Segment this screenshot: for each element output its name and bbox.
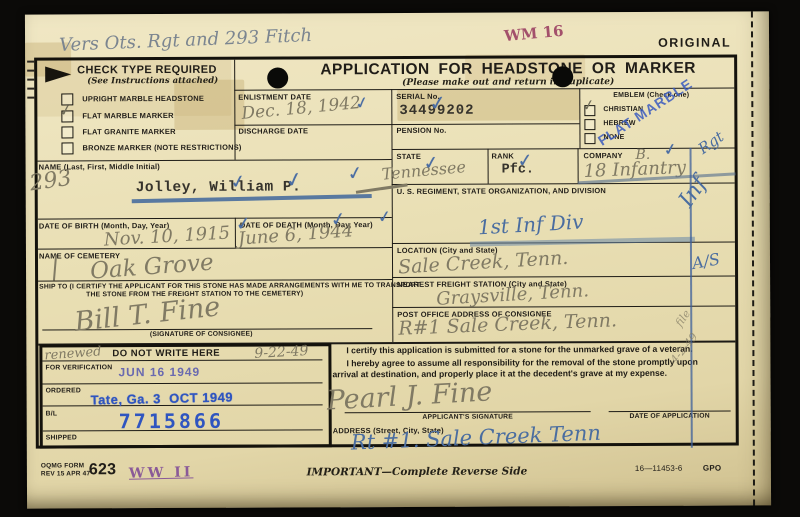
pension-no-label: PENSION No. xyxy=(396,126,446,135)
form-number: 623 xyxy=(89,461,116,479)
scanned-document-stage: Vers Ots. Rgt and 293 Fitch WM 16 ORIGIN… xyxy=(0,0,800,517)
discharge-date-label: DISCHARGE DATE xyxy=(238,126,308,135)
edge-tick xyxy=(27,79,34,81)
check-mark-icon: ✓ xyxy=(234,213,252,236)
applicant-signature-label: APPLICANT'S SIGNATURE xyxy=(345,413,591,421)
form-name: OQMG FORM xyxy=(41,462,84,469)
state-label: STATE xyxy=(397,152,422,161)
for-verification-label: FOR VERIFICATION xyxy=(45,364,112,371)
form-revision: REV 15 APR 47 xyxy=(41,470,90,477)
grid-line xyxy=(578,148,579,183)
bl-number-stamp: 7715866 xyxy=(119,409,224,433)
ordered-label: ORDERED xyxy=(46,387,81,394)
check-mark-icon: ✓ xyxy=(377,206,393,227)
veteran-name-value: Jolley, William P. xyxy=(136,179,302,196)
original-label: ORIGINAL xyxy=(658,36,731,50)
ordered-date-stamp: Tate, Ga. 3 OCT 1949 xyxy=(90,389,233,407)
checkbox-hebrew: ✓ xyxy=(584,119,595,130)
verification-date-stamp: JUN 16 1949 xyxy=(118,365,200,379)
do-not-write-header: DO NOT WRITE HERE xyxy=(112,348,220,359)
grid-line xyxy=(488,149,489,184)
check-mark-icon: ✓ xyxy=(422,152,440,175)
top-stamp: WM 16 xyxy=(503,22,564,45)
checkbox-flat-marble-marker: ✓ xyxy=(61,110,73,122)
date-of-application-label: DATE OF APPLICATION xyxy=(609,413,731,421)
shipped-label: SHIPPED xyxy=(46,434,77,441)
punch-hole xyxy=(267,67,288,88)
important-note: IMPORTANT—Complete Reverse Side xyxy=(297,465,537,478)
check-type-subtitle: (See Instructions attached) xyxy=(87,76,218,87)
top-handwritten-note: Vers Ots. Rgt and 293 Fitch xyxy=(59,25,313,56)
perforation-line xyxy=(751,11,755,505)
renew-date-note: 9-22-49 xyxy=(254,343,309,362)
edge-tick xyxy=(27,61,34,63)
checkbox-label: BRONZE MARKER (NOTE RESTRICTIONS) xyxy=(82,143,241,153)
form-subtitle: (Please make out and return in duplicate… xyxy=(285,77,731,89)
checkbox-bronze-marker: ✓ xyxy=(61,142,73,154)
check-mark-icon: ✓ xyxy=(428,90,447,116)
edge-tick xyxy=(27,70,34,72)
rank-label: RANK xyxy=(492,151,515,160)
checkbox-flat-granite-marker: ✓ xyxy=(61,126,73,138)
punch-hole xyxy=(552,66,573,87)
certification-line2: I hereby agree to assume all responsibil… xyxy=(332,357,724,381)
edge-tick xyxy=(27,88,34,90)
flag-triangle-icon xyxy=(45,66,71,82)
regiment-label: U. S. REGIMENT, STATE ORGANIZATION, AND … xyxy=(397,186,606,196)
ww2-stamp: WW II xyxy=(129,464,194,481)
checkbox-label: UPRIGHT MARBLE HEADSTONE xyxy=(82,94,204,104)
certification-line1: I certify this application is submitted … xyxy=(346,344,726,356)
check-type-title: CHECK TYPE REQUIRED xyxy=(77,64,217,77)
edge-tick xyxy=(27,97,34,99)
check-mark-icon: ✓ xyxy=(517,150,534,172)
form-paper: Vers Ots. Rgt and 293 Fitch WM 16 ORIGIN… xyxy=(25,11,771,508)
checkbox-christian: ✓ xyxy=(584,105,595,116)
gpo-label: GPO xyxy=(703,464,721,473)
checkbox-label: FLAT MARBLE MARKER xyxy=(82,111,173,120)
print-code: 16—11453-6 xyxy=(635,464,683,473)
checkbox-label: FLAT GRANITE MARKER xyxy=(82,127,175,136)
consignee-signature-caption: (SIGNATURE OF CONSIGNEE) xyxy=(116,330,286,338)
bl-label: B/L xyxy=(46,410,58,417)
